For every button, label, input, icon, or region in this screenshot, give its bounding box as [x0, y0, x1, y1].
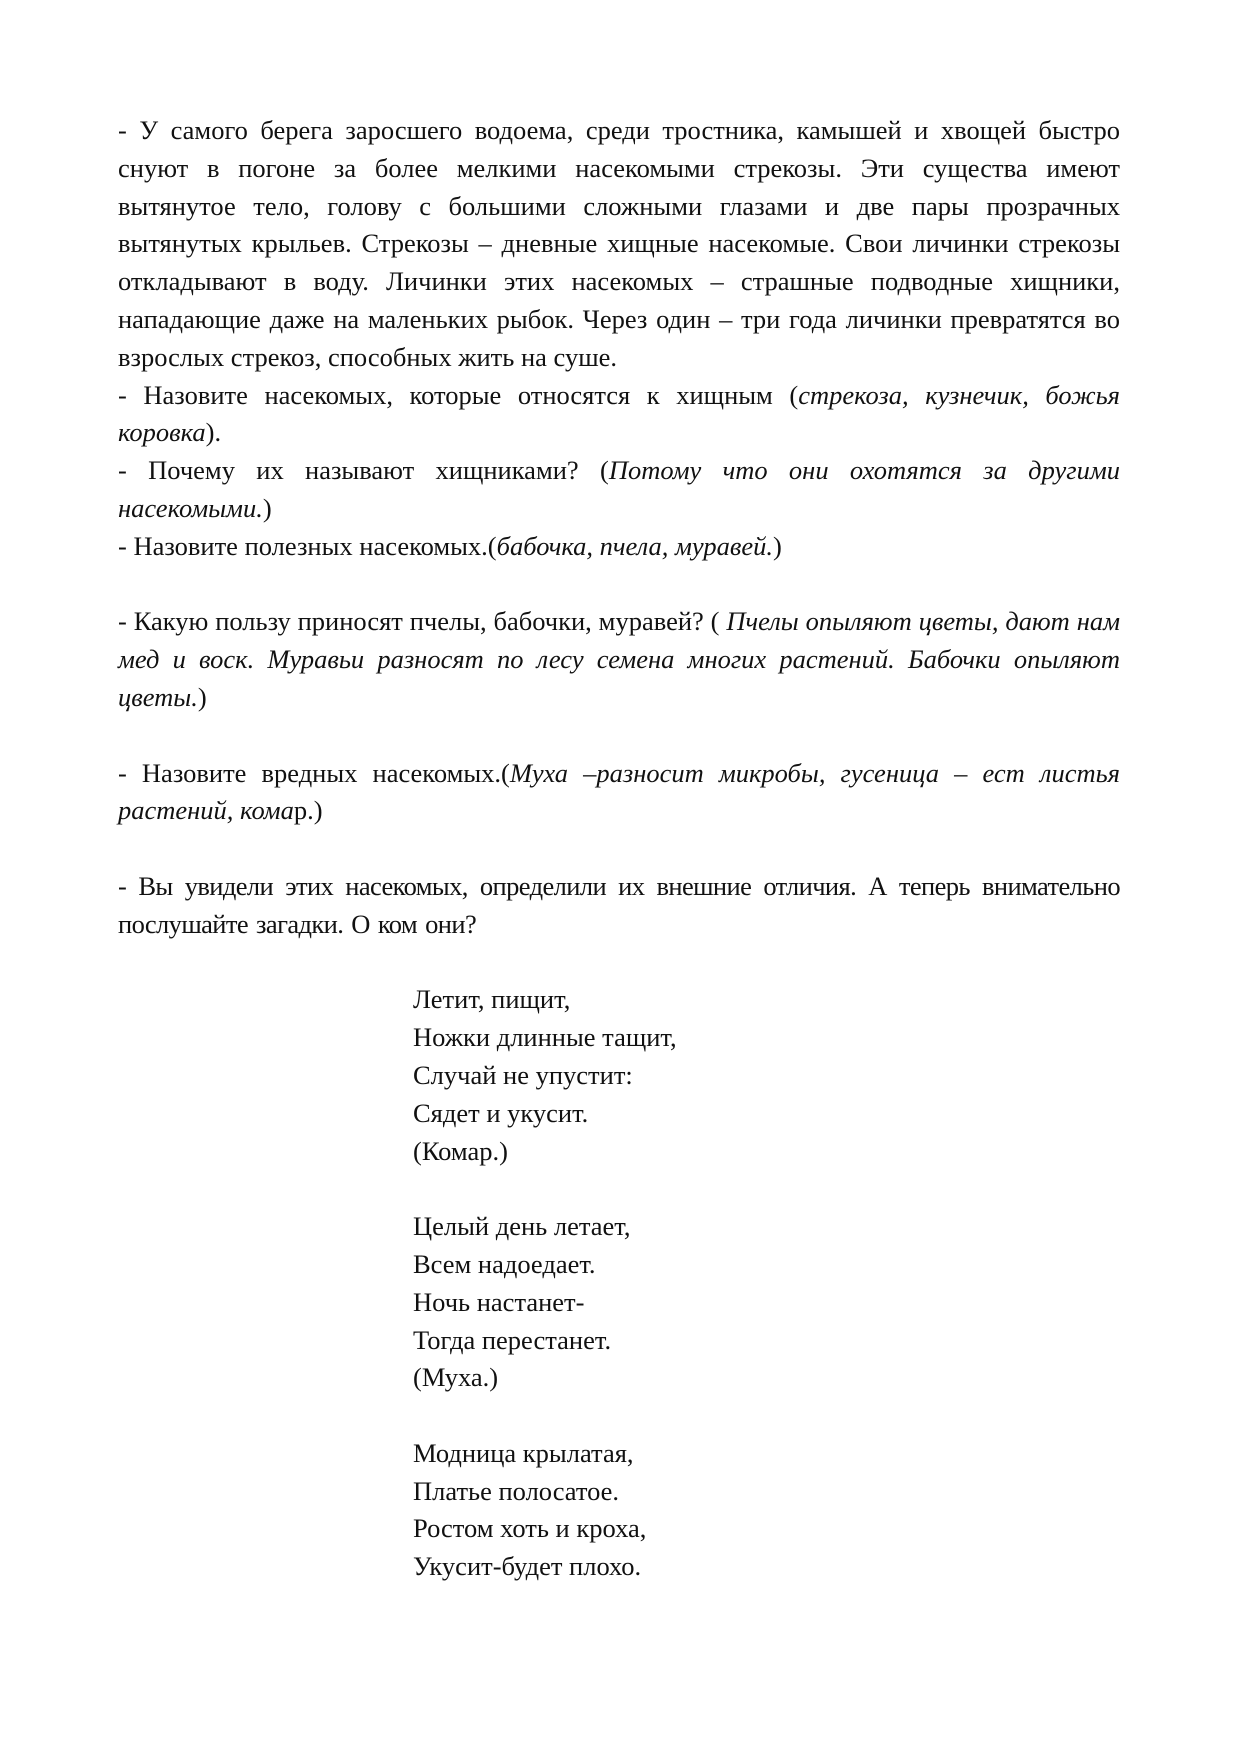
riddle-line: Платье полосатое. — [413, 1473, 1120, 1511]
riddle-line: Тогда перестанет. — [413, 1322, 1120, 1360]
riddle-fly: Целый день летает, Всем надоедает. Ночь … — [413, 1208, 1120, 1397]
riddle-line: Модница крылатая, — [413, 1435, 1120, 1473]
blank-line — [413, 1397, 1120, 1435]
answer-text: бабочка, пчела, муравей. — [497, 531, 773, 561]
answer-tail: ). — [206, 417, 221, 447]
paragraph-riddles-intro: - Вы увидели этих насекомых, определили … — [118, 868, 1120, 944]
blank-line — [118, 717, 1120, 755]
riddle-line: Сядет и укусит. — [413, 1095, 1120, 1133]
paragraph-why-predators-question: - Почему их называют хищниками? (Потому … — [118, 452, 1120, 528]
riddle-answer: (Муха.) — [413, 1359, 1120, 1397]
riddle-line: Случай не упустит: — [413, 1057, 1120, 1095]
question-text: - Назовите вредных насекомых.( — [118, 758, 510, 788]
paragraph-useful-insects-question: - Назовите полезных насекомых.(бабочка, … — [118, 528, 1120, 566]
question-text: - Назовите насекомых, которые относятся … — [118, 380, 798, 410]
riddle-wasp: Модница крылатая, Платье полосатое. Рост… — [413, 1435, 1120, 1586]
riddle-line: Всем надоедает. — [413, 1246, 1120, 1284]
blank-line — [413, 1170, 1120, 1208]
riddle-line: Ростом хоть и кроха, — [413, 1510, 1120, 1548]
paragraph-predators-question: - Назовите насекомых, которые относятся … — [118, 377, 1120, 453]
paragraph-harmful-insects-question: - Назовите вредных насекомых.(Муха –разн… — [118, 755, 1120, 831]
question-text: - Почему их называют хищниками? ( — [118, 455, 609, 485]
riddle-line: Целый день летает, — [413, 1208, 1120, 1246]
riddle-line: Летит, пищит, — [413, 981, 1120, 1019]
question-text: - Назовите полезных насекомых.( — [118, 531, 497, 561]
document-page: - У самого берега заросшего водоема, сре… — [118, 112, 1120, 1586]
riddle-mosquito: Летит, пищит, Ножки длинные тащит, Случа… — [413, 981, 1120, 1170]
answer-tail: ) — [263, 493, 272, 523]
paragraph-dragonfly-description: - У самого берега заросшего водоема, сре… — [118, 112, 1120, 377]
blank-line — [118, 830, 1120, 868]
answer-tail: ) — [773, 531, 782, 561]
answer-tail: р.) — [294, 795, 323, 825]
riddle-line: Ночь настанет- — [413, 1284, 1120, 1322]
riddles-block: Летит, пищит, Ножки длинные тащит, Случа… — [413, 981, 1120, 1586]
paragraph-benefit-question: - Какую пользу приносят пчелы, бабочки, … — [118, 603, 1120, 716]
riddle-line: Укусит-будет плохо. — [413, 1548, 1120, 1586]
answer-tail: ) — [198, 682, 207, 712]
riddle-line: Ножки длинные тащит, — [413, 1019, 1120, 1057]
blank-line — [118, 566, 1120, 604]
question-text: - Какую пользу приносят пчелы, бабочки, … — [118, 606, 726, 636]
blank-line — [118, 944, 1120, 982]
riddle-answer: (Комар.) — [413, 1133, 1120, 1171]
